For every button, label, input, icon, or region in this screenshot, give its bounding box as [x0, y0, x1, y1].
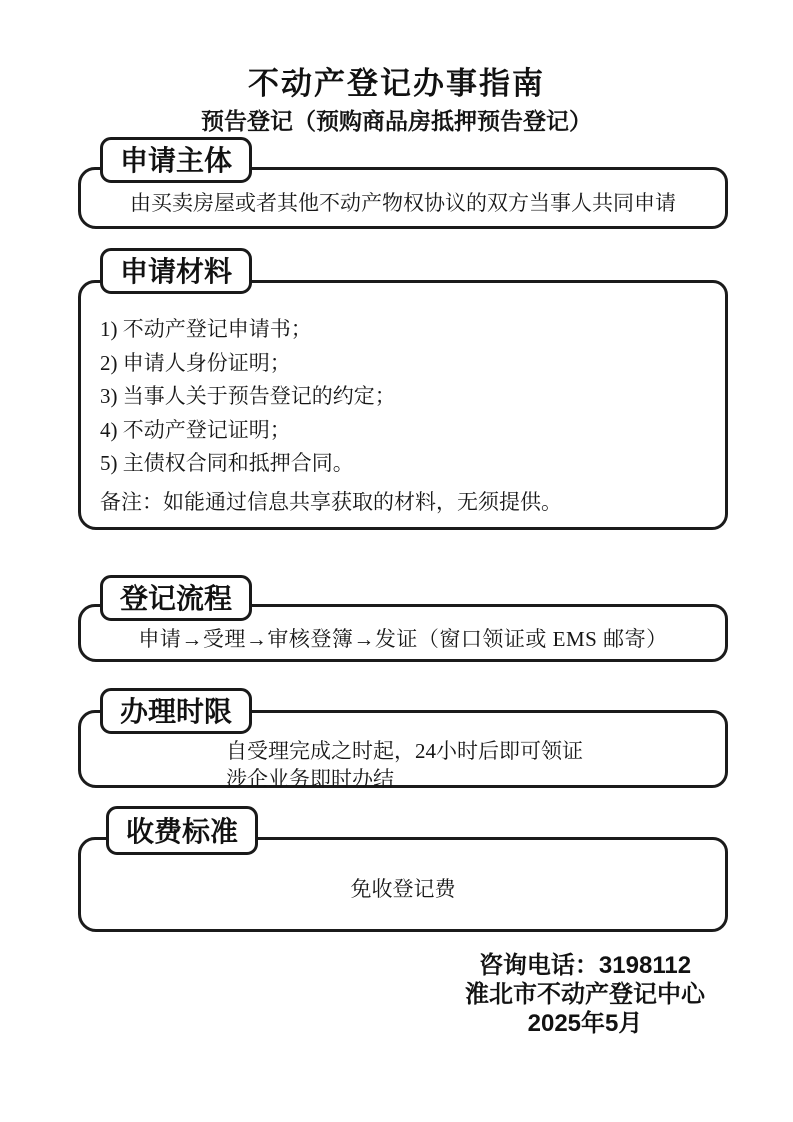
- time-limit-line: 自受理完成之时起，24小时后即可领证: [226, 737, 583, 765]
- section-time-limit: 办理时限 自受理完成之时起，24小时后即可领证 涉企业务即时办结: [78, 688, 728, 788]
- section-applicant: 申请主体 由买卖房屋或者其他不动产物权协议的双方当事人共同申请: [78, 137, 728, 229]
- footer-date: 2025年5月: [425, 1009, 745, 1038]
- section-fees-content: 免收登记费: [351, 867, 456, 903]
- materials-list: 1) 不动产登记申请书； 2) 申请人身份证明； 3) 当事人关于预告登记的约定…: [100, 313, 711, 481]
- section-materials-box: 1) 不动产登记申请书； 2) 申请人身份证明； 3) 当事人关于预告登记的约定…: [78, 280, 728, 530]
- section-fees-tab-label: 收费标准: [106, 806, 258, 855]
- section-fees: 收费标准 免收登记费: [78, 806, 728, 932]
- materials-list-item: 1) 不动产登记申请书；: [100, 313, 711, 347]
- footer: 咨询电话：3198112 淮北市不动产登记中心 2025年5月: [425, 951, 745, 1038]
- time-limit-line: 涉企业务即时办结: [226, 765, 583, 793]
- document-page: 不动产登记办事指南 预告登记（预购商品房抵押预告登记） 申请主体 由买卖房屋或者…: [0, 0, 793, 1122]
- section-applicant-tab-label: 申请主体: [100, 137, 252, 183]
- materials-list-item: 4) 不动产登记证明；: [100, 414, 711, 448]
- section-time-limit-tab-label: 办理时限: [100, 688, 252, 734]
- materials-list-item: 2) 申请人身份证明；: [100, 347, 711, 381]
- section-applicant-content: 由买卖房屋或者其他不动产物权协议的双方当事人共同申请: [130, 179, 676, 217]
- page-subtitle: 预告登记（预购商品房抵押预告登记）: [0, 103, 793, 136]
- section-materials: 申请材料 1) 不动产登记申请书； 2) 申请人身份证明； 3) 当事人关于预告…: [78, 248, 728, 530]
- footer-phone: 咨询电话：3198112: [425, 951, 745, 980]
- section-process: 登记流程 申请→受理→审核登簿→发证（窗口领证或 EMS 邮寄）: [78, 575, 728, 662]
- materials-list-item: 5) 主债权合同和抵押合同。: [100, 447, 711, 481]
- materials-note: 备注：如能通过信息共享获取的材料，无须提供。: [100, 486, 562, 516]
- section-materials-tab-label: 申请材料: [100, 248, 252, 294]
- materials-list-item: 3) 当事人关于预告登记的约定；: [100, 380, 711, 414]
- section-process-tab-label: 登记流程: [100, 575, 252, 621]
- page-title: 不动产登记办事指南: [0, 58, 793, 103]
- footer-organization: 淮北市不动产登记中心: [425, 980, 745, 1009]
- time-limit-content: 自受理完成之时起，24小时后即可领证 涉企业务即时办结: [226, 737, 583, 793]
